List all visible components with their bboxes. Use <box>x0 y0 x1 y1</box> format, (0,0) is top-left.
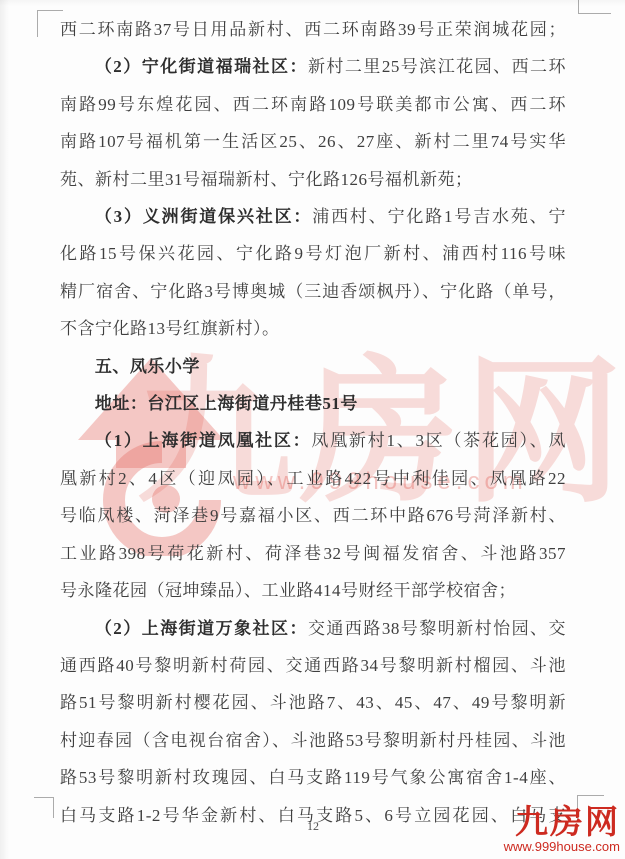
section-label: （3）义洲街道保兴社区： <box>95 207 312 226</box>
text-line: 南路99号东煌花园、西二环南路109号联美都市公寓、西二环 <box>60 86 566 123</box>
text-line: 化路15号保兴花园、宁化路9号灯泡厂新村、浦西村116号味 <box>60 235 566 272</box>
document-body: 西二环南路37号日用品新村、西二环南路39号正荣润城花园；（2）宁化街道福瑞社区… <box>60 11 566 834</box>
site-logo-text: 九房网 <box>504 804 620 839</box>
text-line: 路51号黎明新村樱花园、斗池路7、43、45、47、49号黎明新 <box>60 684 566 721</box>
section-label: 五、凤乐小学 <box>95 357 200 376</box>
text-line: 南路107号福机第一生活区25、26、27座、新村二里74号实华 <box>60 123 566 160</box>
text-line: 通西路40号黎明新村荷园、交通西路34号黎明新村榴园、斗池 <box>60 647 566 684</box>
school-address: 地址：台江区上海街道丹桂巷51号 <box>60 385 566 422</box>
text-line: 地址：台江区上海街道丹桂巷51号 <box>60 385 566 422</box>
section-1-shanghai-fenghuang: （1）上海街道凤凰社区：凤凰新村1、3区（茶花园）、凤凰新村2、4区（迎凤园）、… <box>60 422 566 609</box>
text-line: （3）义洲街道保兴社区：浦西村、宁化路1号吉水苑、宁 <box>60 198 566 235</box>
document-page: { "document": { "paragraphs": [ { "name"… <box>0 0 625 859</box>
text-line: 路53号黎明新村玫瑰园、白马支路119号气象公寓宿舍1-4座、 <box>60 759 566 796</box>
text-line: （2）上海街道万象社区：交通西路38号黎明新村怡园、交 <box>60 610 566 647</box>
section-label: 地址：台江区上海街道丹桂巷51号 <box>95 394 358 413</box>
page-number: 12 <box>60 819 566 834</box>
text-line: 村迎春园（含电视台宿舍）、斗池路53号黎明新村丹桂园、斗池 <box>60 722 566 759</box>
crop-mark-top-left <box>37 10 63 37</box>
text-line: 号永隆花园（冠坤臻品）、工业路414号财经干部学校宿舍； <box>60 572 566 609</box>
section-label: （1）上海街道凤凰社区： <box>95 431 312 450</box>
text-line: 号临凤楼、菏泽巷9号嘉福小区、西二环中路676号菏泽新村、 <box>60 497 566 534</box>
school-heading: 五、凤乐小学 <box>60 348 566 385</box>
text-line: （1）上海街道凤凰社区：凤凰新村1、3区（茶花园）、凤 <box>60 422 566 459</box>
section-label: （2）宁化街道福瑞社区： <box>95 57 308 76</box>
text-line: 精厂宿舍、宁化路3号博奥城（三迪香颂枫丹）、宁化路（单号， <box>60 273 566 310</box>
site-logo: 九房网 www.999house.com <box>504 804 620 854</box>
section-2-shanghai-wanxiang: （2）上海街道万象社区：交通西路38号黎明新村怡园、交通西路40号黎明新村荷园、… <box>60 610 566 834</box>
section-2-ninghua-furui: （2）宁化街道福瑞社区：新村二里25号滨江花园、西二环南路99号东煌花园、西二环… <box>60 48 566 198</box>
text-line: 五、凤乐小学 <box>60 348 566 385</box>
crop-mark-top-right <box>578 0 611 14</box>
text-line: 苑、新村二里31号福瑞新村、宁化路126号福机新苑； <box>60 161 566 198</box>
text-line: 不含宁化路13号红旗新村）。 <box>60 310 566 347</box>
text-line: 西二环南路37号日用品新村、西二环南路39号正荣润城花园； <box>60 11 566 48</box>
text-line: 凰新村2、4区（迎凤园）、工业路422号中利佳园、凤凰路22 <box>60 460 566 497</box>
text-line: 工业路398号荷花新村、荷泽巷32号闽福发宿舍、斗池路357 <box>60 535 566 572</box>
continued-paragraph: 西二环南路37号日用品新村、西二环南路39号正荣润城花园； <box>60 11 566 48</box>
text-line: （2）宁化街道福瑞社区：新村二里25号滨江花园、西二环 <box>60 48 566 85</box>
crop-mark-bottom-left <box>34 797 54 818</box>
section-label: （2）上海街道万象社区： <box>95 619 308 638</box>
site-logo-url: www.999house.com <box>504 839 620 854</box>
section-3-yizhou-baoxing: （3）义洲街道保兴社区：浦西村、宁化路1号吉水苑、宁化路15号保兴花园、宁化路9… <box>60 198 566 348</box>
